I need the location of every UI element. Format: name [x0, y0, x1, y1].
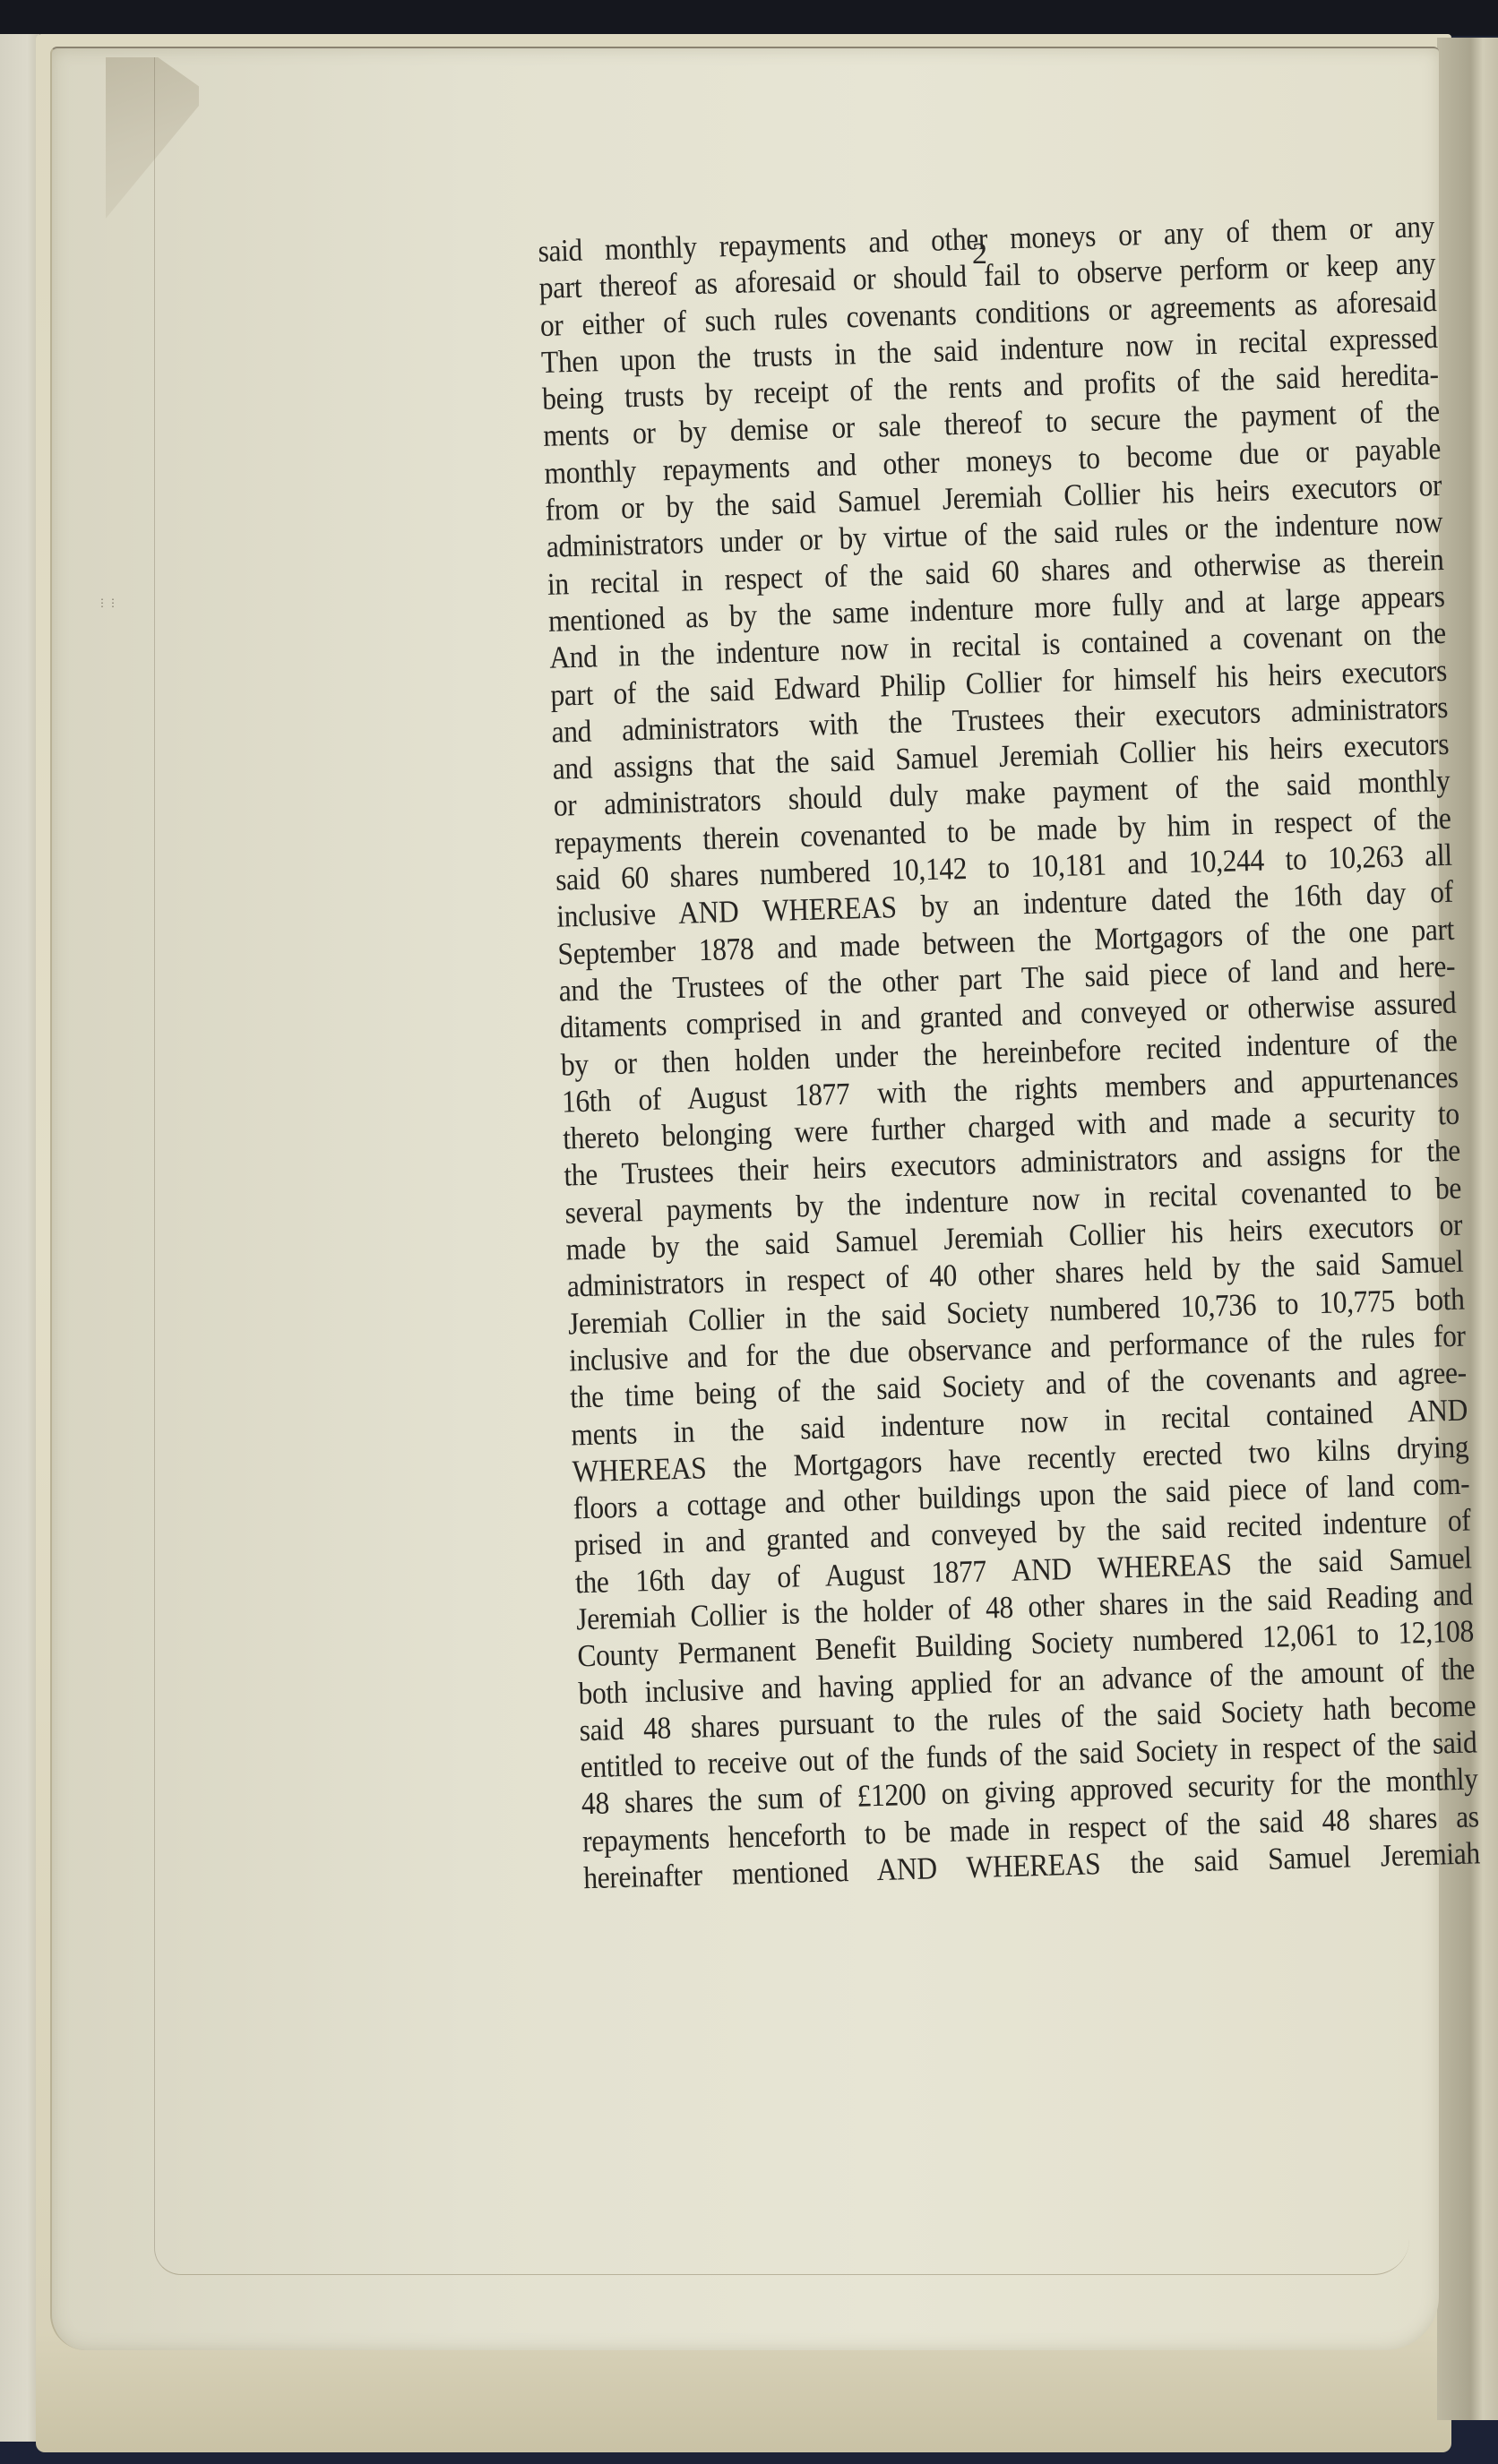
left-page-edge [0, 34, 39, 2442]
book-cover-top [0, 0, 1498, 36]
body-text: said monthly repayments and other moneys… [538, 208, 1488, 1897]
margin-mark: ⋮⋮ [97, 597, 118, 610]
